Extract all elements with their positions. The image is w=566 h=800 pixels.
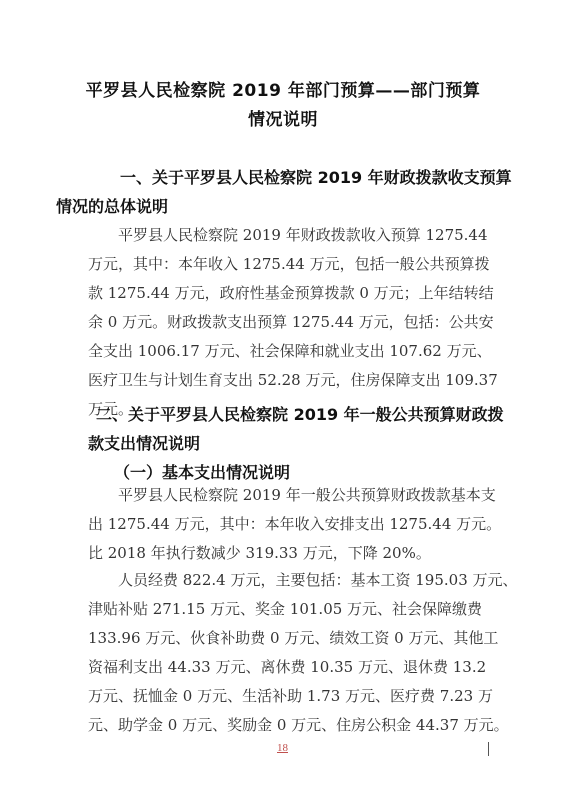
section1-heading-line1: 一、关于平罗县人民检察院 2019 年财政拨款收支预算: [88, 163, 488, 192]
paragraph-line: 余 0 万元。财政拨款支出预算 1275.44 万元，包括：公共安: [88, 308, 488, 337]
paragraph-line: 款 1275.44 万元，政府性基金预算拨款 0 万元；上年结转结: [88, 279, 488, 308]
section1-heading-line2: 情况的总体说明: [56, 192, 488, 221]
document-page: 平罗县人民检察院 2019 年部门预算——部门预算 情况说明 一、关于平罗县人民…: [0, 0, 566, 800]
section1-paragraph: 平罗县人民检察院 2019 年财政拨款收入预算 1275.44 万元，其中：本年…: [88, 221, 488, 424]
paragraph-line: 元、助学金 0 万元、奖励金 0 万元、住房公积金 44.37 万元。: [88, 711, 488, 740]
paragraph-line: 万元，其中：本年收入 1275.44 万元，包括一般公共预算拨: [88, 250, 488, 279]
paragraph-line: 全支出 1006.17 万元、社会保障和就业支出 107.62 万元、: [88, 337, 488, 366]
text-cursor: [488, 742, 489, 756]
paragraph-line: 平罗县人民检察院 2019 年财政拨款收入预算 1275.44: [88, 221, 488, 250]
section2-paragraph1: 平罗县人民检察院 2019 年一般公共预算财政拨款基本支 出 1275.44 万…: [88, 481, 488, 568]
section2-heading: 二、关于平罗县人民检察院 2019 年一般公共预算财政拨 款支出情况说明: [88, 400, 488, 458]
paragraph-line: 比 2018 年执行数减少 319.33 万元，下降 20%。: [88, 539, 488, 568]
paragraph-line: 133.96 万元、伙食补助费 0 万元、绩效工资 0 万元、其他工: [88, 624, 488, 653]
paragraph-line: 资福利支出 44.33 万元、离休费 10.35 万元、退休费 13.2: [88, 653, 488, 682]
section2-heading-line2: 款支出情况说明: [88, 429, 488, 458]
paragraph-line: 医疗卫生与计划生育支出 52.28 万元，住房保障支出 109.37: [88, 366, 488, 395]
section2-paragraph2: 人员经费 822.4 万元，主要包括：基本工资 195.03 万元、 津贴补贴 …: [88, 566, 488, 740]
section2-heading-line1: 二、关于平罗县人民检察院 2019 年一般公共预算财政拨: [96, 400, 488, 429]
document-title-line1: 平罗县人民检察院 2019 年部门预算——部门预算: [60, 76, 506, 101]
paragraph-line: 平罗县人民检察院 2019 年一般公共预算财政拨款基本支: [88, 481, 488, 510]
section1-heading: 一、关于平罗县人民检察院 2019 年财政拨款收支预算 情况的总体说明: [88, 163, 488, 221]
paragraph-line: 人员经费 822.4 万元，主要包括：基本工资 195.03 万元、: [88, 566, 488, 595]
subsection-heading: （一）基本支出情况说明: [114, 460, 290, 483]
document-title-line2: 情况说明: [60, 105, 506, 130]
paragraph-line: 万元、抚恤金 0 万元、生活补助 1.73 万元、医疗费 7.23 万: [88, 682, 488, 711]
paragraph-line: 津贴补贴 271.15 万元、奖金 101.05 万元、社会保障缴费: [88, 595, 488, 624]
page-number: 18: [277, 742, 288, 754]
paragraph-line: 出 1275.44 万元，其中：本年收入安排支出 1275.44 万元。: [88, 510, 488, 539]
